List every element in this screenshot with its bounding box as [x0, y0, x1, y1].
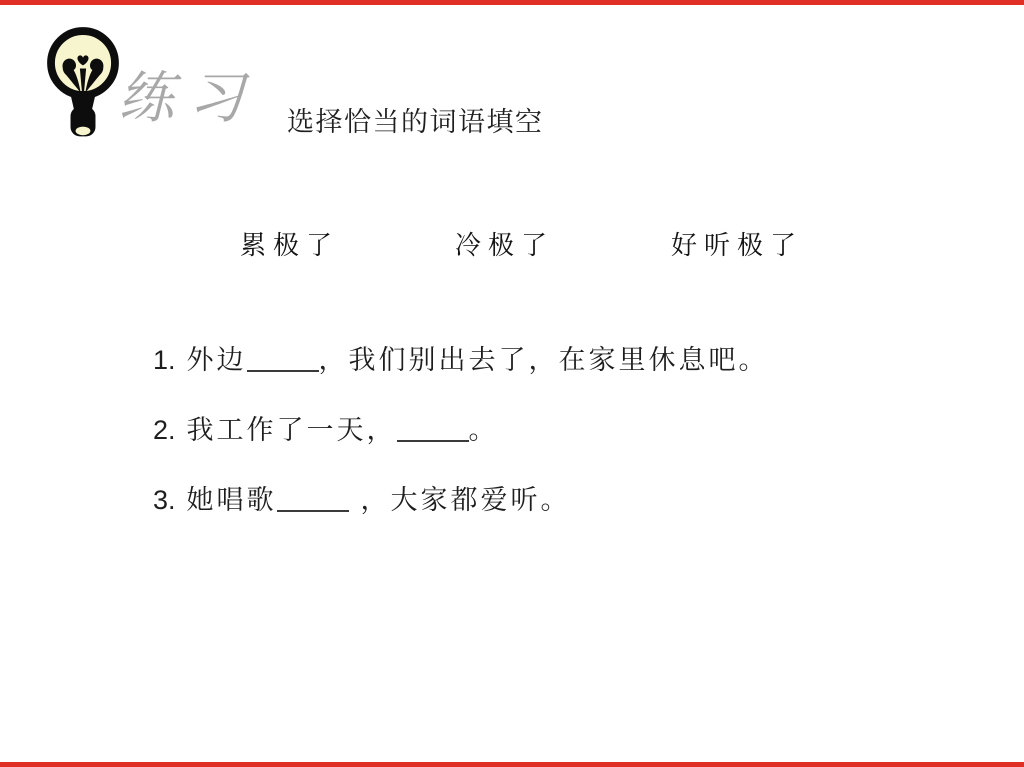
- sentence-item: 2.我工作了一天，。: [153, 412, 499, 448]
- sentence-text-post: 。: [469, 415, 499, 445]
- sentence-text-post: ，我们别出去了，在家里休息吧。: [319, 345, 769, 375]
- sentence-item: 3.她唱歌，大家都爱听。: [153, 482, 571, 518]
- sentence-number: 3.: [153, 485, 176, 515]
- sentence-item: 1.外边，我们别出去了，在家里休息吧。: [153, 342, 769, 378]
- word-option: 累极了: [240, 225, 339, 262]
- slide-bottom-border: [0, 762, 1024, 767]
- slide-canvas: 练习 选择恰当的词语填空 累极了 冷极了 好听极了 1.外边，我们别出去了，在家…: [0, 0, 1024, 767]
- page-title: 练习: [118, 64, 258, 131]
- sentence-text-pre: 她唱歌: [187, 485, 277, 515]
- blank-line: [247, 345, 319, 372]
- slide-subtitle: 选择恰当的词语填空: [287, 100, 544, 139]
- blank-line: [277, 485, 349, 512]
- sentence-text-pre: 外边: [187, 345, 247, 375]
- blank-line: [397, 415, 469, 442]
- word-bank: 累极了 冷极了 好听极了: [0, 225, 1024, 261]
- sentence-text-post: ，大家都爱听。: [361, 485, 571, 515]
- lightbulb-icon: [44, 22, 122, 154]
- word-option: 冷极了: [455, 225, 554, 262]
- word-option: 好听极了: [671, 225, 803, 262]
- sentence-text-pre: 我工作了一天，: [187, 415, 397, 445]
- sentence-number: 2.: [153, 415, 176, 445]
- slide-top-border: [0, 0, 1024, 5]
- sentence-number: 1.: [153, 345, 176, 375]
